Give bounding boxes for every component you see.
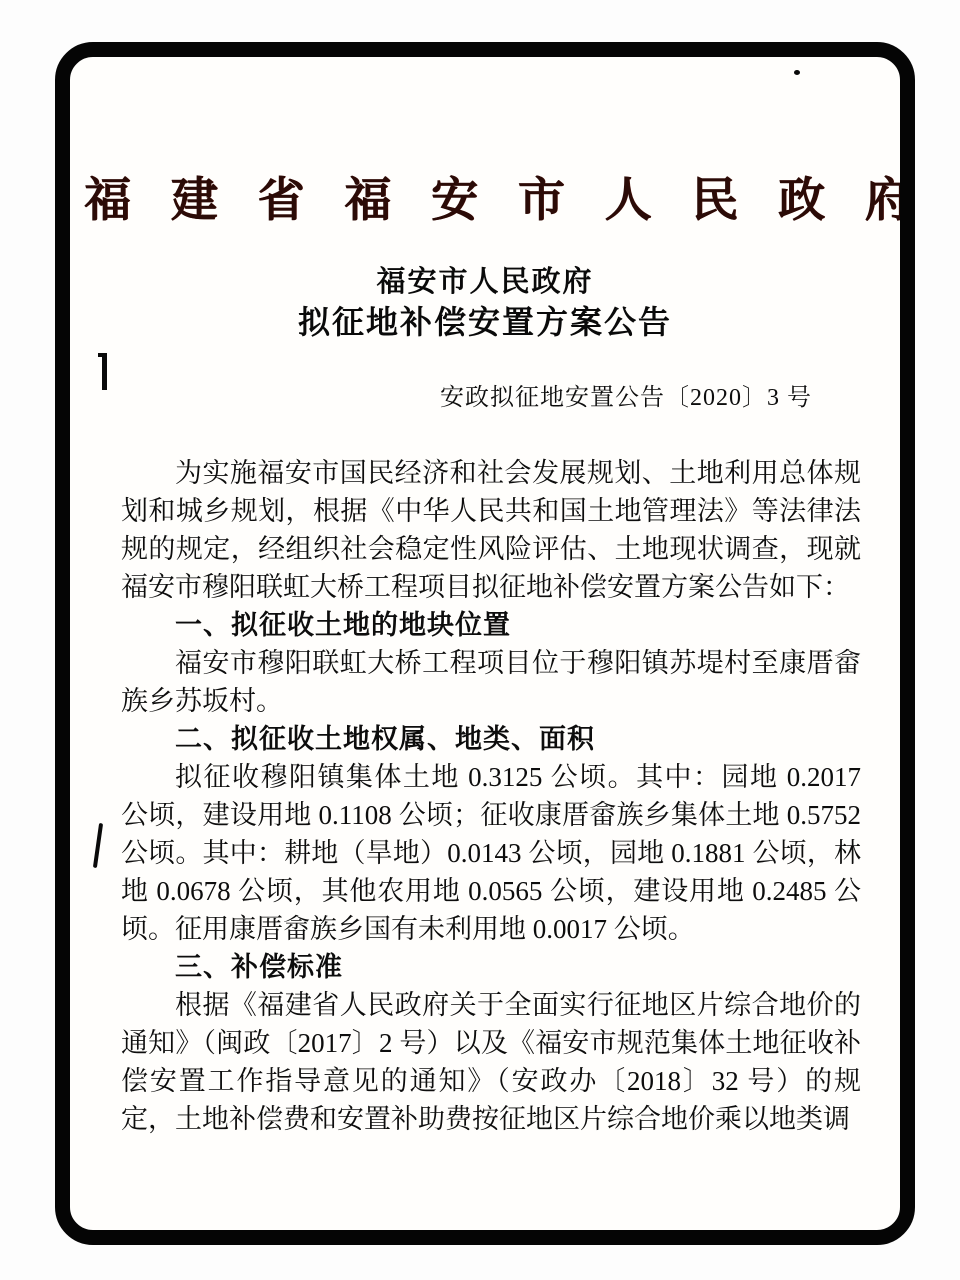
- government-masthead-title: 福 建 省 福 安 市 人 民 政 府: [70, 163, 900, 230]
- scan-artifact-ink-dot: [794, 70, 800, 75]
- page-content: 福 建 省 福 安 市 人 民 政 府 福安市人民政府 拟征地补偿安置方案公告 …: [70, 57, 900, 1230]
- section-1-heading: 一、拟征收土地的地块位置: [121, 606, 861, 644]
- scanned-document: 福 建 省 福 安 市 人 民 政 府 福安市人民政府 拟征地补偿安置方案公告 …: [0, 0, 960, 1280]
- section-2-heading: 二、拟征收土地权属、地类、面积: [121, 720, 861, 758]
- document-reference-number: 安政拟征地安置公告〔2020〕3 号: [70, 377, 900, 412]
- section-3-heading: 三、补偿标准: [121, 948, 861, 986]
- document-title: 福安市人民政府 拟征地补偿安置方案公告: [70, 264, 900, 343]
- intro-paragraph: 为实施福安市国民经济和社会发展规划、土地利用总体规划和城乡规划，根据《中华人民共…: [121, 454, 861, 606]
- section-2-paragraph: 拟征收穆阳镇集体土地 0.3125 公顷。其中：园地 0.2017 公顷，建设用…: [121, 758, 861, 948]
- scan-artifact-bracket-mark: [102, 353, 107, 390]
- document-title-line2: 拟征地补偿安置方案公告: [70, 302, 900, 344]
- document-title-line1: 福安市人民政府: [70, 264, 900, 302]
- section-3-paragraph: 根据《福建省人民政府关于全面实行征地区片综合地价的通知》（闽政〔2017〕2 号…: [121, 986, 861, 1138]
- page-border-frame: 福 建 省 福 安 市 人 民 政 府 福安市人民政府 拟征地补偿安置方案公告 …: [55, 42, 915, 1245]
- section-1-paragraph: 福安市穆阳联虹大桥工程项目位于穆阳镇苏堤村至康厝畲族乡苏坂村。: [121, 644, 861, 720]
- document-body: 为实施福安市国民经济和社会发展规划、土地利用总体规划和城乡规划，根据《中华人民共…: [70, 454, 900, 1138]
- scan-artifact-ink-speck: [827, 1040, 831, 1044]
